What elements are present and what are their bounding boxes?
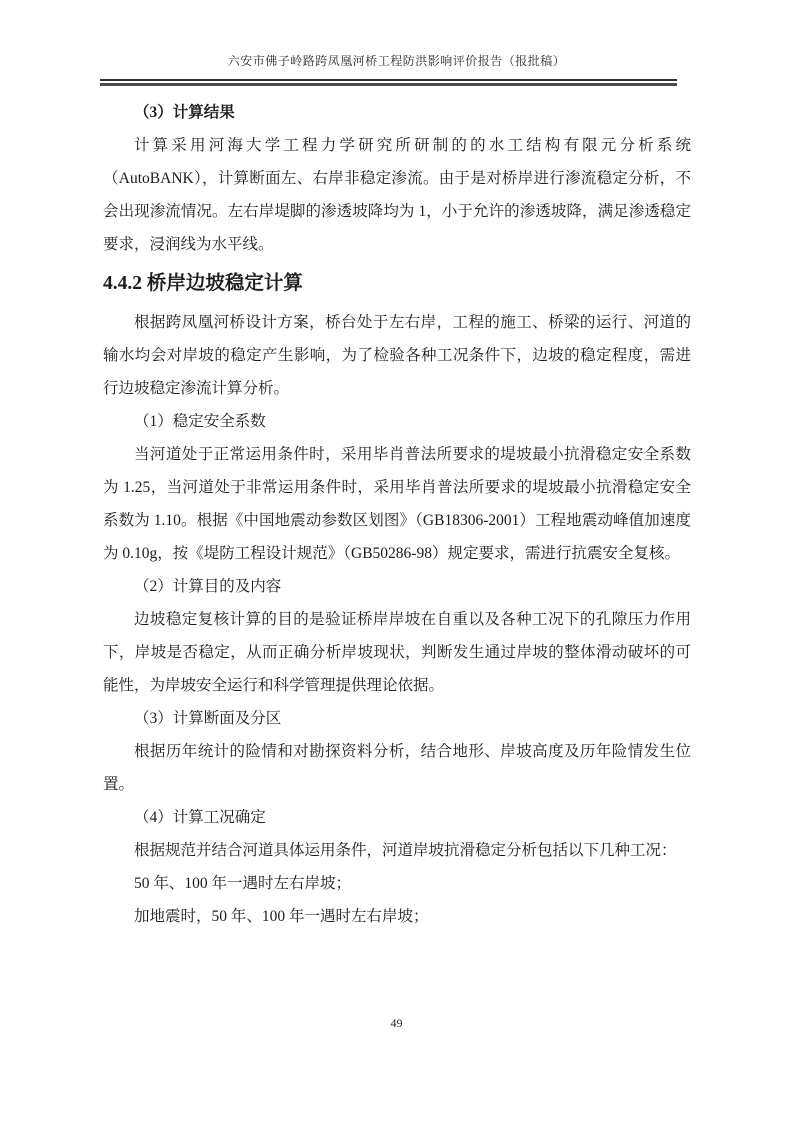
subheading-calc-sections: （3）计算断面及分区 [103,702,691,735]
paragraph-safety-factor-values: 当河道处于正常运用条件时，采用毕肖普法所要求的堤坡最小抗滑稳定安全系数为 1.2… [103,438,691,570]
section-heading-4-4-2: 4.4.2 桥岸边坡稳定计算 [103,265,691,303]
document-page: 六安市佛子岭路跨凤凰河桥工程防洪影响评价报告（报批稿） （3）计算结果 计算采用… [0,0,793,1122]
subheading-safety-factor: （1）稳定安全系数 [103,405,691,438]
subheading-calc-purpose: （2）计算目的及内容 [103,570,691,603]
paragraph-slope-intro: 根据跨凤凰河桥设计方案，桥台处于左右岸，工程的施工、桥梁的运行、河道的输水均会对… [103,306,691,405]
paragraph-calc-purpose: 边坡稳定复核计算的目的是验证桥岸岸坡在自重以及各种工况下的孔隙压力作用下，岸坡是… [103,603,691,702]
paragraph-calc-sections: 根据历年统计的险情和对勘探资料分析，结合地形、岸坡高度及历年险情发生位置。 [103,735,691,801]
paragraph-calc-conditions: 根据规范并结合河道具体运用条件，河道岸坡抗滑稳定分析包括以下几种工况： [103,834,691,867]
subheading-calc-conditions: （4）计算工况确定 [103,801,691,834]
page-footer: 49 [0,1016,793,1031]
list-item-condition-2: 加地震时，50 年、100 年一遇时左右岸坡； [103,900,691,933]
page-number: 49 [391,1016,403,1030]
header-rule-divider [100,79,677,86]
subheading-calculation-results: （3）计算结果 [103,96,691,129]
list-item-condition-1: 50 年、100 年一遇时左右岸坡； [103,867,691,900]
document-body: （3）计算结果 计算采用河海大学工程力学研究所研制的的水工结构有限元分析系统（A… [103,96,691,933]
paragraph-seepage-results: 计算采用河海大学工程力学研究所研制的的水工结构有限元分析系统（AutoBANK）… [103,129,691,261]
page-header-title: 六安市佛子岭路跨凤凰河桥工程防洪影响评价报告（报批稿） [0,52,793,69]
